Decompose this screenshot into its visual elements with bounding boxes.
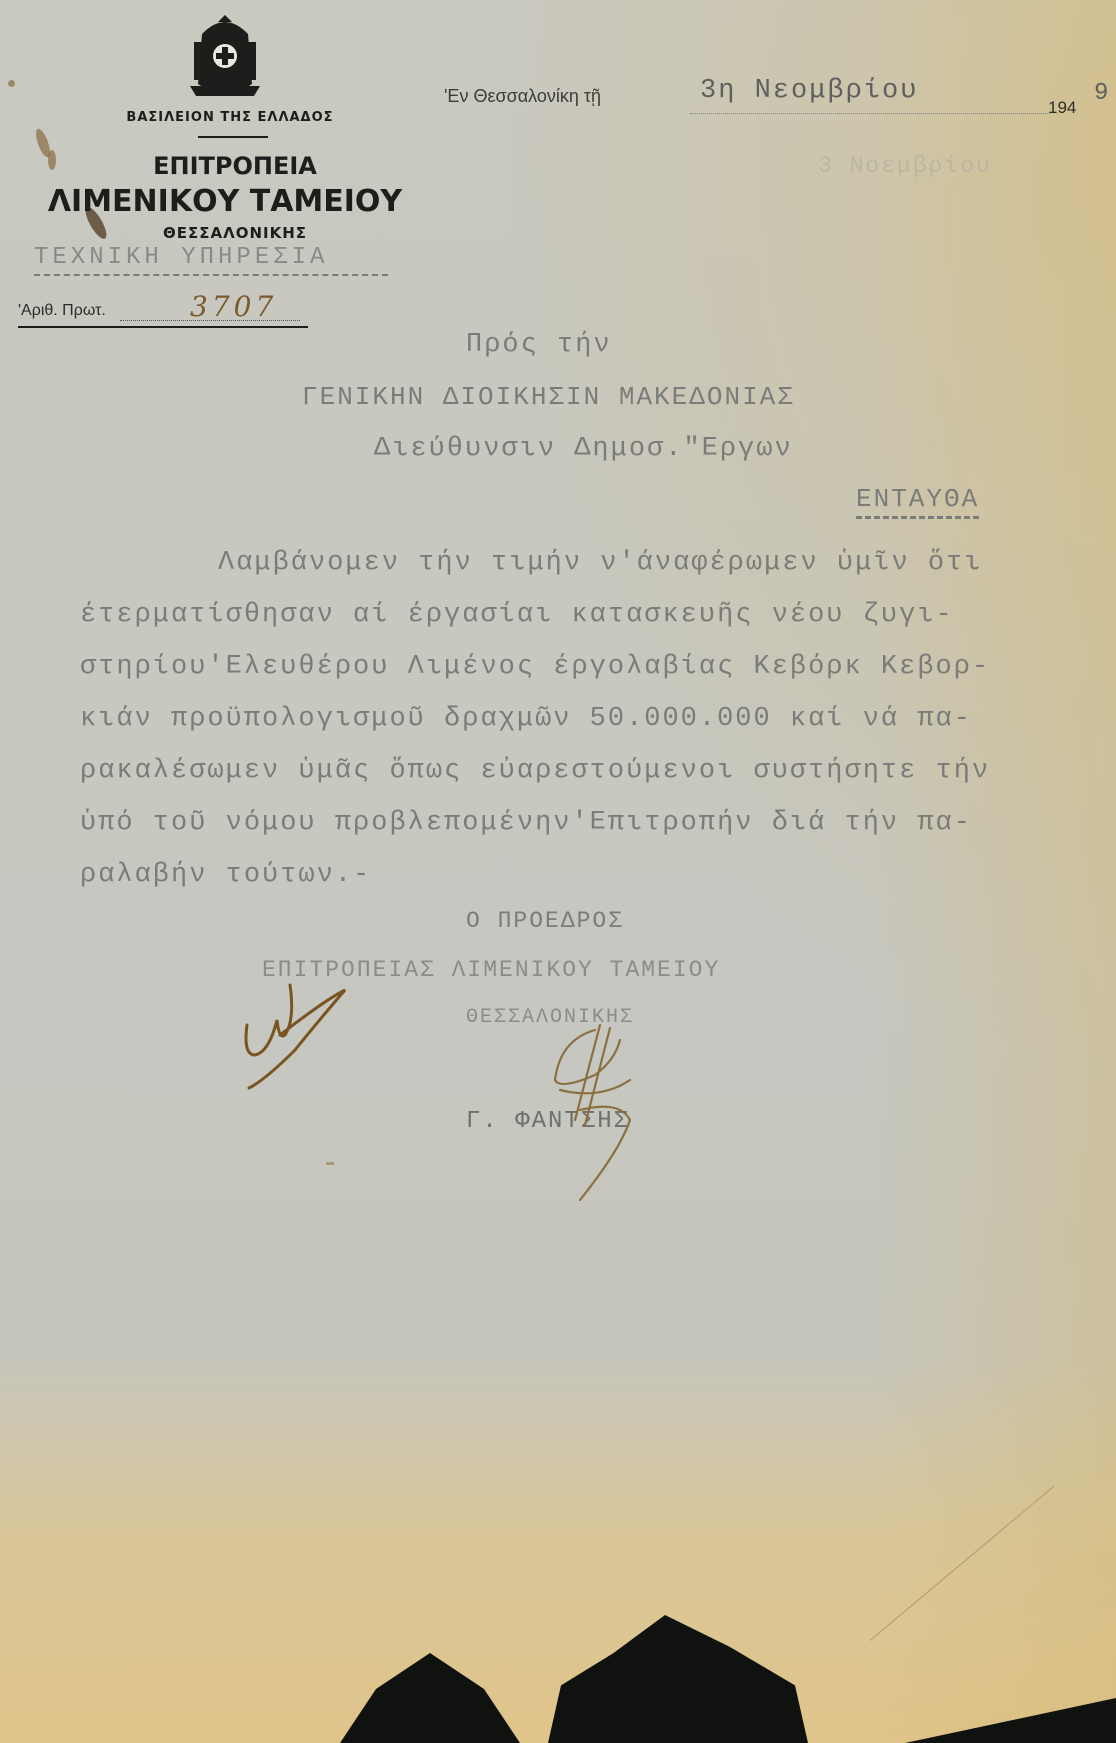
protocol-underline <box>18 326 308 328</box>
ink-speck <box>326 1162 334 1165</box>
kingdom-name: ΒΑΣΙΛΕΙΟΝ ΤΗΣ ΕΛΛΑΔΟΣ <box>90 110 370 125</box>
protocol-number: 3707 <box>190 290 277 323</box>
body-line-3: στηρίου'Ελευθέρου Λιμένος έργολαβίας Κεβ… <box>80 652 1110 682</box>
body-line-6: ὑπό τοῦ νόμου προβλεπομένην'Επιτροπήν δι… <box>80 808 1110 838</box>
body-line-7: ραλαβήν τούτων.- <box>80 860 1110 890</box>
dateline-prefix: 'Εν Θεσσαλονίκη τῇ <box>444 86 601 107</box>
org-city: ΘΕΣΣΑΛΟΝΙΚΗΣ <box>100 224 370 242</box>
handwritten-signature-icon <box>540 1020 660 1210</box>
body-line-1: Λαμβάνομεν τήν τιμήν ν'άναφέρωμεν ὑμῖν ὅ… <box>218 548 1116 578</box>
handwritten-initials-icon <box>235 940 365 1090</box>
protocol-label: 'Αριθ. Πρωτ. <box>18 302 106 320</box>
scan-artifact <box>548 1615 808 1743</box>
scan-artifact <box>340 1653 520 1743</box>
org-name-line1: ΕΠΙΤΡΟΠΕΙΑ <box>100 152 370 180</box>
department-underline <box>34 274 388 276</box>
signature-title: Ο ΠΡΟΕΔΡΟΣ <box>466 908 624 934</box>
recipient-salutation: Πρός τήν <box>466 330 612 360</box>
body-line-5: ρακαλέσωμεν ὑμᾶς ὅπως εὐαρεστούμενοι συσ… <box>80 756 1110 786</box>
body-line-2: έτερματίσθησαν αί έργασίαι κατασκευῆς νέ… <box>80 600 1110 630</box>
ghost-date: 3 Νοεμβρίου <box>818 153 992 179</box>
scan-artifact <box>905 1698 1116 1743</box>
dateline-dots <box>690 113 1050 114</box>
body-line-4: κιάν προϋπολογισμοῦ δραχμῶν 50.000.000 κ… <box>80 704 1110 734</box>
dateline-day-month: 3η Νεομβρίου <box>700 76 918 106</box>
rust-stain <box>8 80 15 87</box>
dateline-year-suffix: 9 <box>1094 80 1110 107</box>
protocol-dots <box>120 320 300 321</box>
org-name-line2: ΛΙΜΕΝΙΚΟΥ ΤΑΜΕΙΟΥ <box>30 184 420 219</box>
divider <box>198 136 268 138</box>
letterhead: ΒΑΣΙΛΕΙΟΝ ΤΗΣ ΕΛΛΑΔΟΣ ΕΠΙΤΡΟΠΕΙΑ ΛΙΜΕΝΙΚ… <box>30 12 420 332</box>
dateline-year-prefix: 194 <box>1048 98 1076 118</box>
recipient-department: Διεύθυνσιν Δημοσ."Εργων <box>374 434 793 464</box>
department: ΤΕΧΝΙΚΗ ΥΠΗΡΕΣΙΑ <box>34 244 394 271</box>
greek-royal-coat-of-arms-icon <box>190 14 260 99</box>
recipient-location: ΕΝΤΑΥΘΑ <box>856 484 979 519</box>
recipient-org: ΓΕΝΙΚΗΝ ΔΙΟΙΚΗΣΙΝ ΜΑΚΕΔΟΝΙΑΣ <box>302 382 795 412</box>
paper-crease <box>870 1486 1054 1641</box>
